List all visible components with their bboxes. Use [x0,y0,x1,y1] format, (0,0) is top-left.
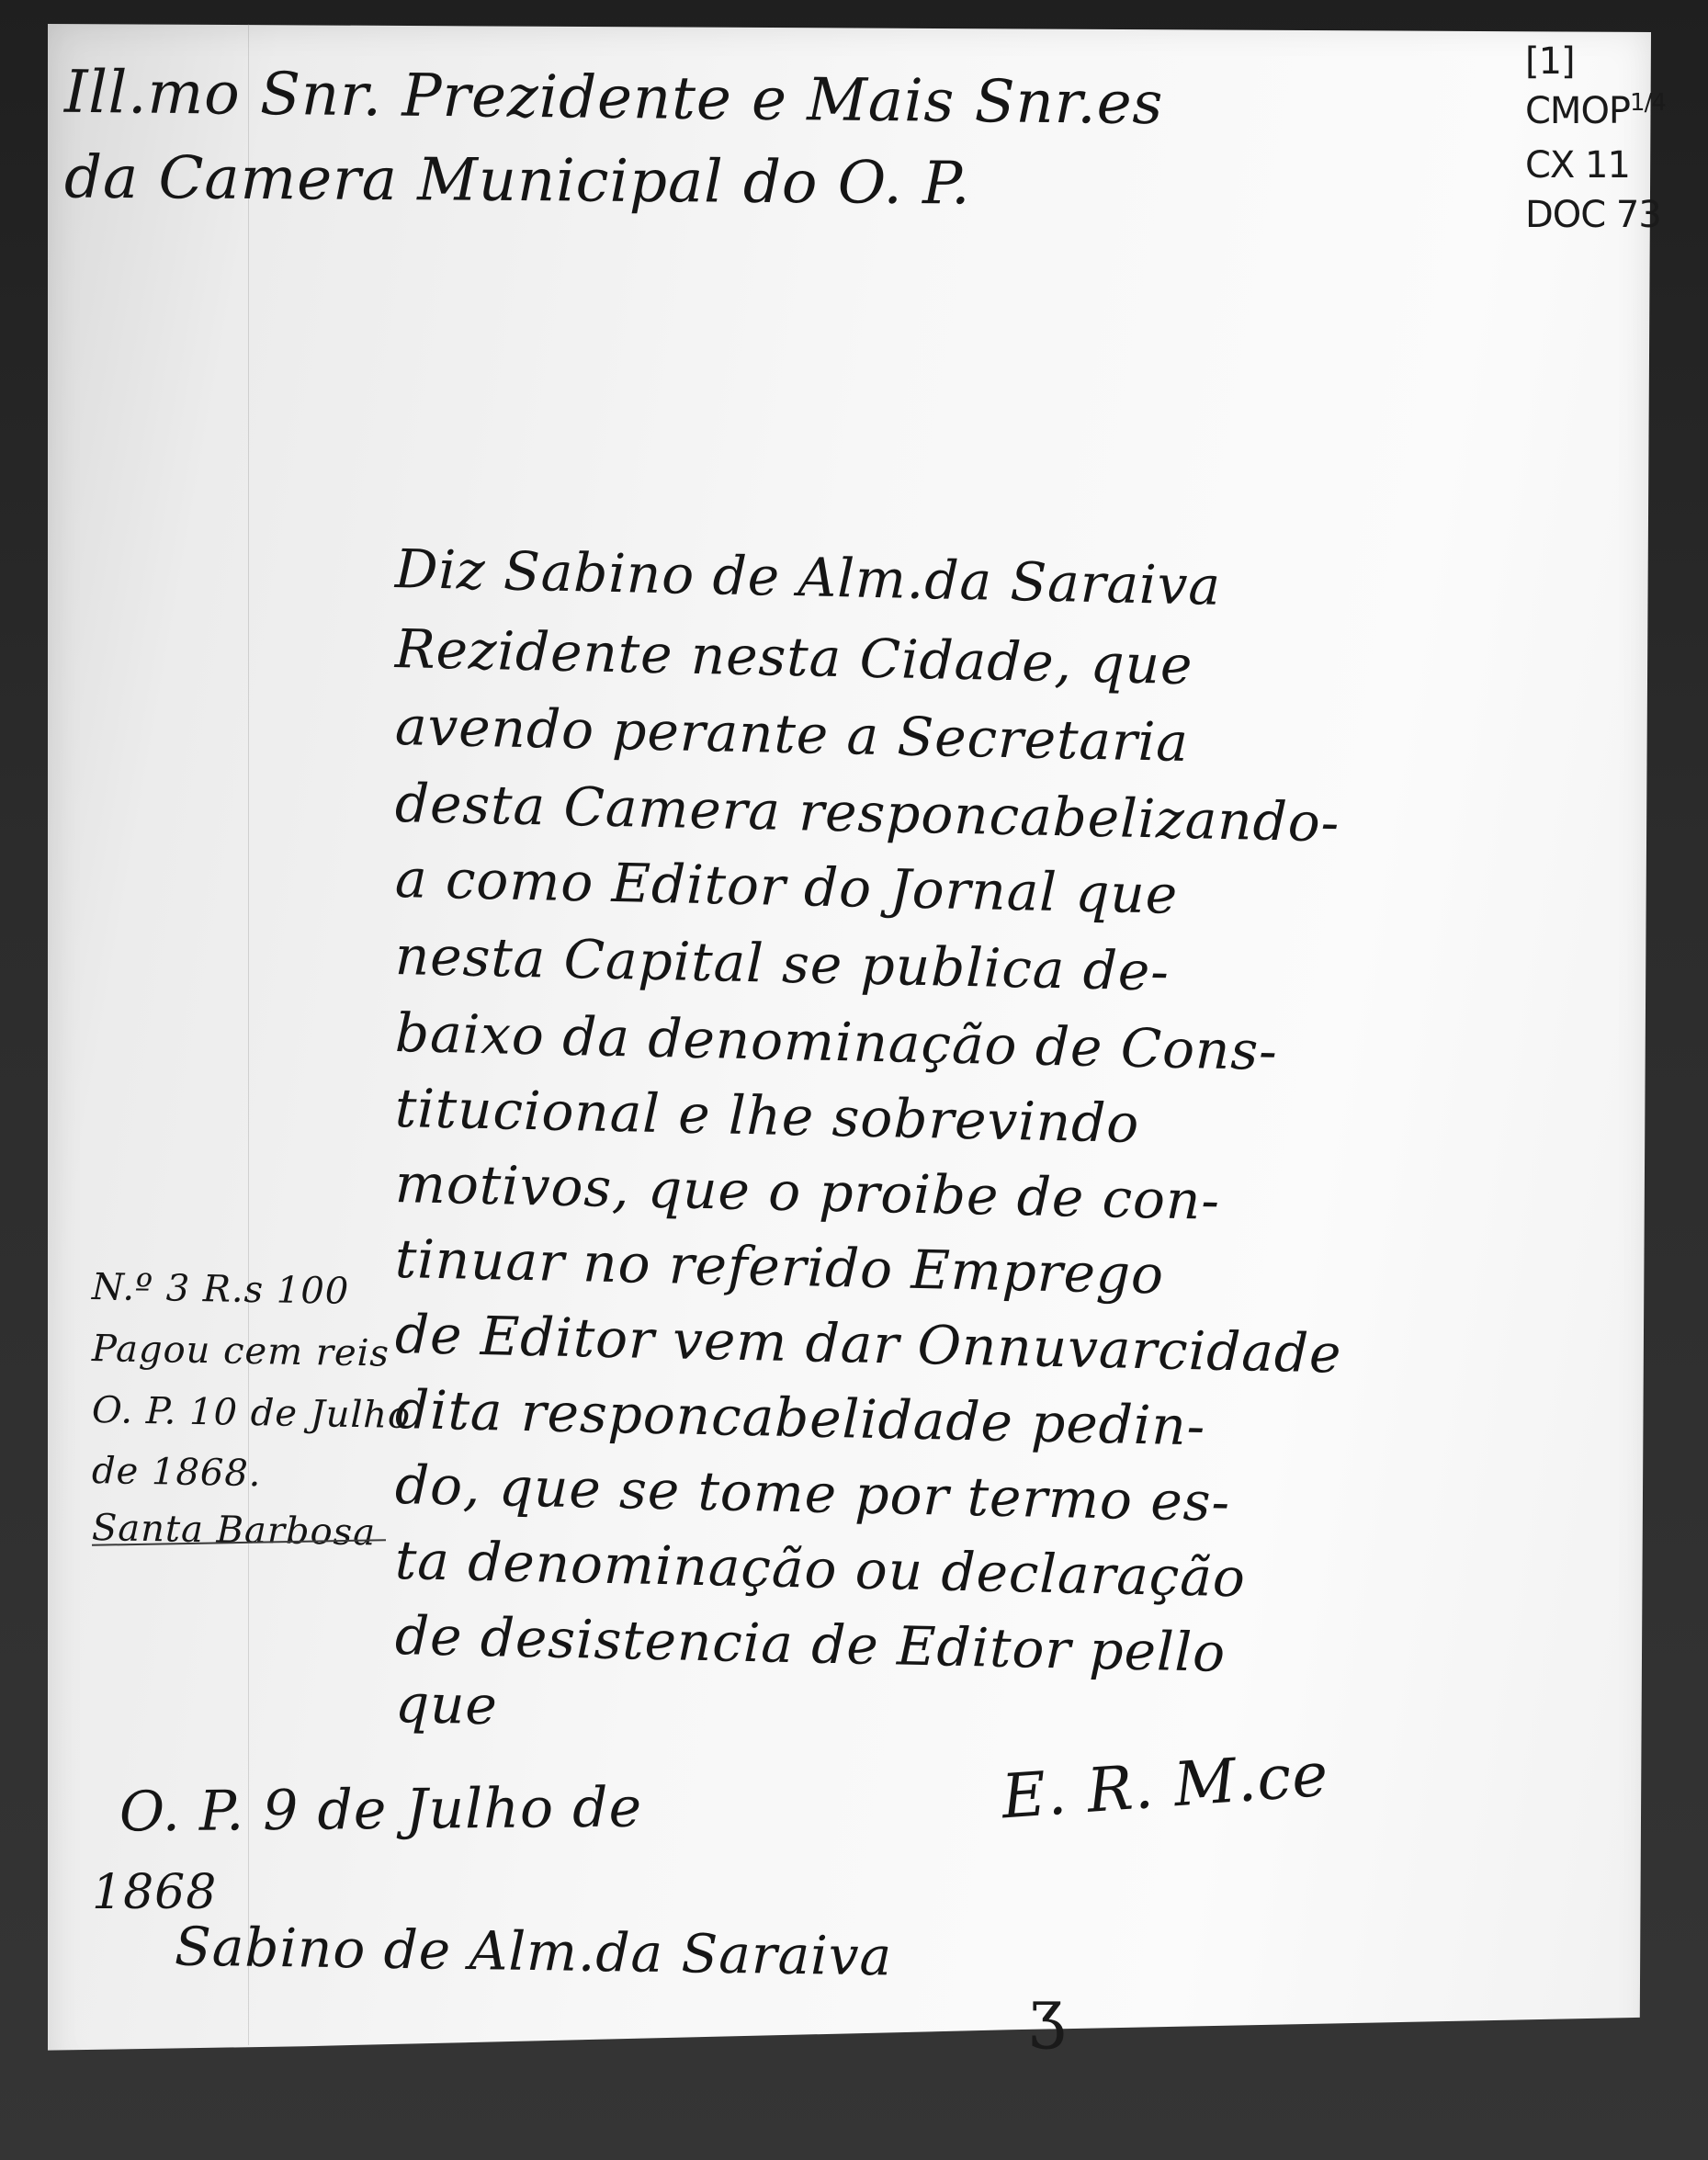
salutation-line-1: Ill.mo Snr. Prezidente e Mais Snr.es [64,59,1164,139]
archive-box: CX 11 [1525,141,1666,190]
archive-collection-row: CMOP1/4 [1525,86,1666,141]
closing-place-date: O. P. 9 de Julho de [119,1776,643,1845]
margin-note-line: de 1868. [92,1450,262,1495]
archive-reference: [1] CMOP1/4 CX 11 DOC 73 [1525,37,1666,240]
margin-note-signature: Santa Barbosa [92,1507,377,1554]
scanned-document: Ill.mo Snr. Prezidente e Mais Snr.es da … [0,0,1708,2160]
margin-note-line: Pagou cem reis [92,1328,390,1375]
signature-flourish-icon: ʒ [1029,1975,1066,2051]
archive-collection: CMOP [1525,90,1630,132]
margin-note-line: N.º 3 R.s 100 [92,1266,350,1313]
closing-year: 1868 [92,1865,217,1920]
body-line: que [394,1672,498,1736]
paper-fold-line [248,24,249,2045]
margin-note-line: O. P. 10 de Julho [92,1389,412,1437]
salutation-line-2: da Camera Municipal do O. P. [64,144,971,219]
signature: Sabino de Alm.da Saraiva [175,1916,893,1988]
archive-collection-fraction: 1/4 [1630,89,1666,117]
archive-doc: DOC 73 [1525,190,1666,240]
archive-folio: [1] [1525,37,1666,86]
